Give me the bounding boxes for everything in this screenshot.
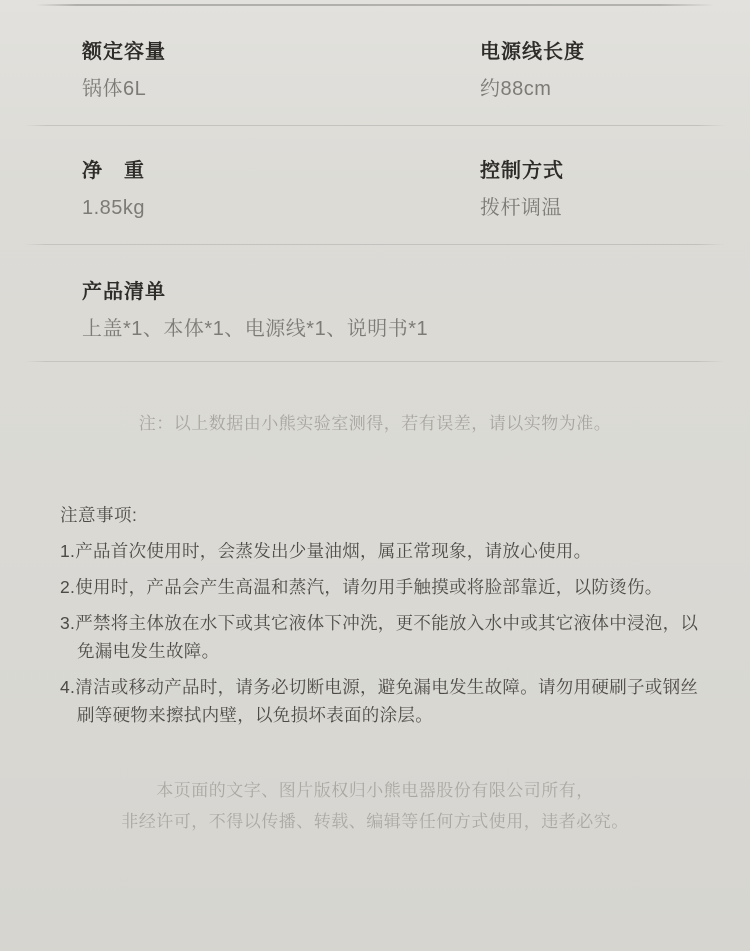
copyright-footer: 本页面的文字、图片版权归小熊电器股份有限公司所有， 非经许可，不得以传播、转载、… (0, 775, 750, 837)
spec-cell-packing-list: 产品清单 上盖*1、本体*1、电源线*1、说明书*1 (82, 279, 750, 343)
spec-row-weight-control: 净 重 1.85kg 控制方式 拨杆调温 (0, 126, 750, 244)
copyright-line-1: 本页面的文字、图片版权归小熊电器股份有限公司所有， (0, 775, 750, 806)
spec-section: 额定容量 锅体6L 电源线长度 约88cm 净 重 1.85kg 控制方式 拨杆… (0, 0, 750, 362)
spec-cell-rated-capacity: 额定容量 锅体6L (82, 39, 750, 103)
precautions-section: 注意事项: 1.产品首次使用时，会蒸发出少量油烟，属正常现象，请放心使用。 2.… (60, 502, 700, 729)
spec-value-packing-list: 上盖*1、本体*1、电源线*1、说明书*1 (82, 315, 750, 343)
spec-label-cord-length: 电源线长度 (480, 39, 585, 66)
spec-cell-net-weight: 净 重 1.85kg (82, 158, 750, 222)
precautions-list: 1.产品首次使用时，会蒸发出少量油烟，属正常现象，请放心使用。 2.使用时，产品… (60, 537, 700, 729)
precautions-title: 注意事项: (60, 502, 700, 529)
spec-label-net-weight: 净 重 (82, 158, 750, 185)
spec-row-capacity-cord: 额定容量 锅体6L 电源线长度 约88cm (0, 5, 750, 125)
row-divider (25, 361, 725, 362)
precaution-item: 3.严禁将主体放在水下或其它液体下冲洗，更不能放入水中或其它液体中浸泡，以免漏电… (60, 609, 700, 665)
product-spec-page: { "specs": { "rows": [ { "left": { "labe… (0, 0, 750, 951)
spec-row-packing-list: 产品清单 上盖*1、本体*1、电源线*1、说明书*1 (0, 245, 750, 361)
spec-value-rated-capacity: 锅体6L (82, 75, 750, 103)
spec-cell-control-method: 控制方式 拨杆调温 (480, 158, 564, 222)
spec-value-control-method: 拨杆调温 (480, 194, 564, 222)
spec-label-control-method: 控制方式 (480, 158, 564, 185)
precaution-item: 4.清洁或移动产品时，请务必切断电源，避免漏电发生故障。请勿用硬刷子或钢丝刷等硬… (60, 673, 700, 729)
precaution-item: 1.产品首次使用时，会蒸发出少量油烟，属正常现象，请放心使用。 (60, 537, 700, 565)
spec-value-cord-length: 约88cm (480, 75, 585, 103)
spec-cell-cord-length: 电源线长度 约88cm (480, 39, 585, 103)
copyright-line-2: 非经许可，不得以传播、转载、编辑等任何方式使用，违者必究。 (0, 806, 750, 837)
spec-label-rated-capacity: 额定容量 (82, 39, 750, 66)
lab-measurement-note: 注：以上数据由小熊实验室测得，若有误差，请以实物为准。 (0, 412, 750, 436)
spec-value-net-weight: 1.85kg (82, 194, 750, 222)
spec-label-packing-list: 产品清单 (82, 279, 750, 306)
precaution-item: 2.使用时，产品会产生高温和蒸汽，请勿用手触摸或将脸部靠近，以防烫伤。 (60, 573, 700, 601)
